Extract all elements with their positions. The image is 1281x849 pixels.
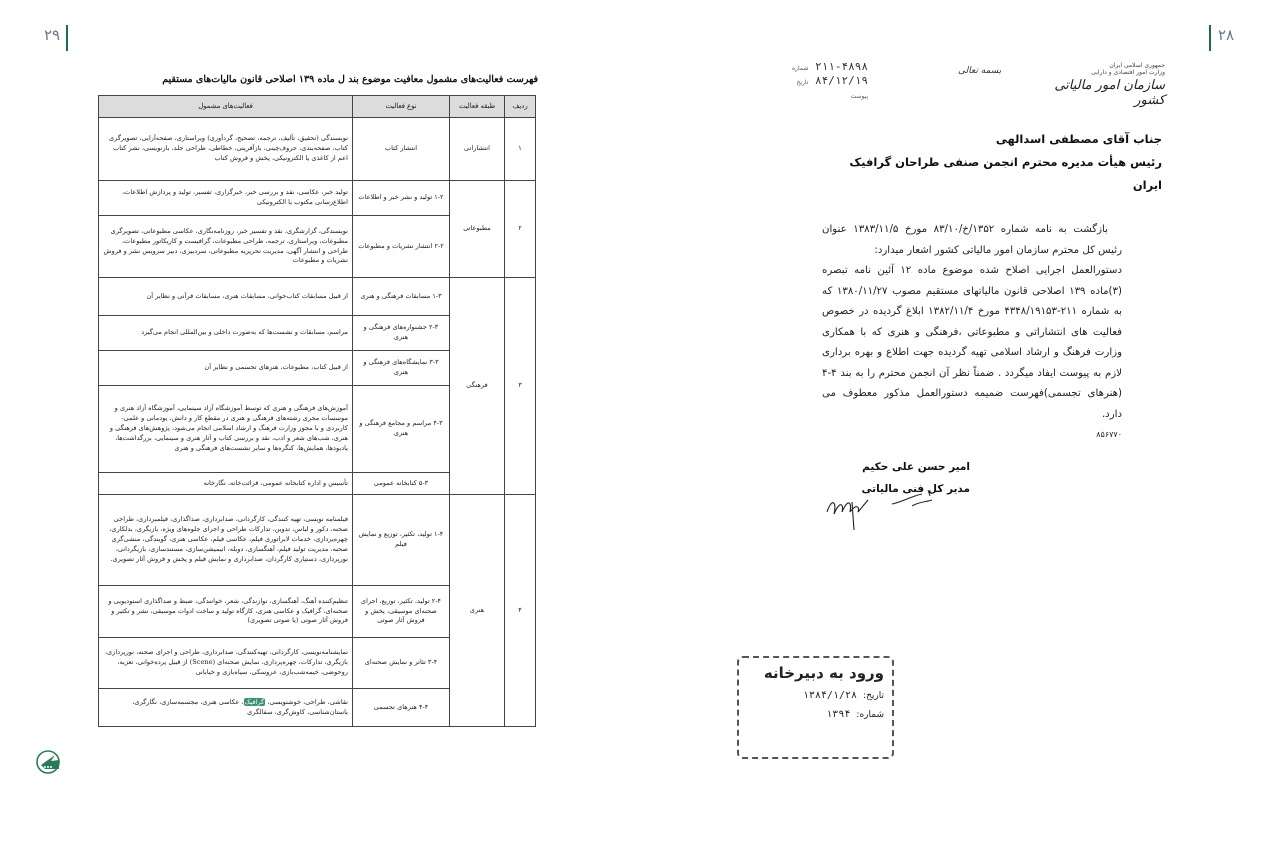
signatory-name: امیر حسن علی حکیم <box>820 456 970 478</box>
association-logo-icon <box>35 749 63 775</box>
row-index: ۳ <box>505 278 536 495</box>
row-type: ۵-۳ کتابخانه عمومی <box>353 473 450 495</box>
row-desc: فیلمنامه نویسی، تهیه کنندگی، کارگردانی، … <box>99 495 353 586</box>
table-header-row: ردیف طبقه فعالیت نوع فعالیت فعالیت‌های م… <box>99 96 536 118</box>
activities-table: ردیف طبقه فعالیت نوع فعالیت فعالیت‌های م… <box>98 95 536 727</box>
stamp-number-value: ۱۳۹۴ <box>826 709 850 720</box>
row-type: ۲-۴ تولید، تکثیر، توزیع، اجرای صحنه‌ای م… <box>353 586 450 638</box>
col-header-class: طبقه فعالیت <box>450 96 505 118</box>
page-number-bar-right <box>1209 25 1211 51</box>
handwritten-signature-icon <box>822 482 952 532</box>
row-desc: نویسندگی (تحقیق، تألیف، ترجمه، تصحیح، گر… <box>99 118 353 181</box>
table-title: فهرست فعالیت‌های مشمول معافیت موضوع بند … <box>98 74 538 85</box>
letterhead-bismillah: بسمه تعالی <box>958 66 1001 76</box>
table-row: ۳ فرهنگی ۱-۳ مسابقات فرهنگی و هنری از قب… <box>99 278 536 316</box>
row-desc: مراسم، مسابقات و نشست‌ها که به‌صورت داخل… <box>99 316 353 351</box>
letterhead-line2: وزارت امور اقتصادی و دارایی <box>1040 69 1165 76</box>
row-type: ۱-۴ تولید، تکثیر، توزیع و نمایش فیلم <box>353 495 450 586</box>
table-row: ۴ هنری ۱-۴ تولید، تکثیر، توزیع و نمایش ف… <box>99 495 536 586</box>
row-desc: تولید خبر، عکاسی، نقد و بررسی خبر، خبرگز… <box>99 181 353 216</box>
row-class: فرهنگی <box>450 278 505 495</box>
row-class: هنری <box>450 495 505 727</box>
col-header-activities: فعالیت‌های مشمول <box>99 96 353 118</box>
row-type: ۴-۳ مراسم و مجامع فرهنگی و هنری <box>353 386 450 473</box>
stamp-date-value: ۱۳۸۴/۱/۲۸ <box>803 690 857 701</box>
row-type: ۱-۲ تولید و نشر خبر و اطلاعات <box>353 181 450 216</box>
stamp-date-label: تاریخ: <box>863 691 884 701</box>
row-index: ۱ <box>505 118 536 181</box>
row-desc: از قبیل مسابقات کتاب‌خوانی، مسابقات هنری… <box>99 278 353 316</box>
row-desc: نقاشی، طراحی، خوشنویسی، گرافیک، عکاسی هن… <box>99 689 353 727</box>
ref-number-value: ۲۱۱-۴۸۹۸ <box>815 60 868 73</box>
row-desc: تنظیم‌کننده آهنگ، آهنگسازی، نوازندگی، شع… <box>99 586 353 638</box>
letter-recipient: جناب آقای مصطفی اسدالهی رئیس هیأت مدیره … <box>820 128 1162 197</box>
col-header-index: ردیف <box>505 96 536 118</box>
col-header-type: نوع فعالیت <box>353 96 450 118</box>
highlighted-term-graphic: گرافیک <box>244 698 266 706</box>
row-desc: نمایشنامه‌نویسی، کارگردانی، تهیه‌کنندگی،… <box>99 638 353 689</box>
letterhead-reference: ۲۱۱-۴۸۹۸ شماره ۸۴/۱۲/۱۹ تاریخ پیوست <box>758 60 868 101</box>
page-number-right: ۲۸ <box>1218 26 1234 44</box>
row-type: ۳-۴ تئاتر و نمایش صحنه‌ای <box>353 638 450 689</box>
row-type: ۲-۳ جشنواره‌های فرهنگی و هنری <box>353 316 450 351</box>
letter-body: بازگشت به نامه شماره ۱۳۵۲/خ/۸۳/۱۰ مورخ ۱… <box>822 220 1122 446</box>
row-class: مطبوعاتی <box>450 181 505 278</box>
row-desc: آموزش‌های فرهنگی و هنری که توسط آموزشگاه… <box>99 386 353 473</box>
row-desc: نویسندگی، گزارشگری، نقد و تفسیر خبر، روز… <box>99 216 353 278</box>
ref-number-label: شماره <box>792 65 808 72</box>
page-number-bar-left <box>66 25 68 51</box>
desc-before: نقاشی، طراحی، خوشنویسی، <box>265 698 348 706</box>
page-number-left: ۲۹ <box>44 26 60 44</box>
letterhead-org: جمهوری اسلامی ایران وزارت امور اقتصادی و… <box>1040 62 1165 108</box>
recipient-line: ایران <box>820 174 1162 197</box>
letter-handwritten-note: ۸۵۶۷۷۰ <box>822 425 1122 446</box>
letter-paragraph: بازگشت به نامه شماره ۱۳۵۲/خ/۸۳/۱۰ مورخ ۱… <box>822 220 1122 261</box>
letterhead-org-name: سازمان امور مالیاتی کشور <box>1040 78 1165 108</box>
row-type: ۱-۳ مسابقات فرهنگی و هنری <box>353 278 450 316</box>
letterhead-line1: جمهوری اسلامی ایران <box>1040 62 1165 69</box>
table-row: ۲ مطبوعاتی ۱-۲ تولید و نشر خبر و اطلاعات… <box>99 181 536 216</box>
ref-attachment-label: پیوست <box>851 93 869 100</box>
row-type: ۲-۲ انتشار نشریات و مطبوعات <box>353 216 450 278</box>
row-type: ۳-۳ نمایشگاه‌های فرهنگی و هنری <box>353 351 450 386</box>
row-type: انتشار کتاب <box>353 118 450 181</box>
secretariat-entry-stamp: ورود به دبیرخانه تاریخ: ۱۳۸۴/۱/۲۸ شماره:… <box>737 656 894 759</box>
row-index: ۴ <box>505 495 536 727</box>
row-type: ۴-۴ هنرهای تجسمی <box>353 689 450 727</box>
row-desc: تأسیس و اداره کتابخانه عمومی، قرائت‌خانه… <box>99 473 353 495</box>
stamp-number-label: شماره: <box>856 710 884 720</box>
row-index: ۲ <box>505 181 536 278</box>
recipient-line: رئیس هیأت مدیره محترم انجمن صنفی طراحان … <box>820 151 1162 174</box>
row-class: انتشاراتی <box>450 118 505 181</box>
letter-paragraph: دستورالعمل اجرایی اصلاح شده موضوع ماده ۱… <box>822 261 1122 425</box>
recipient-line: جناب آقای مصطفی اسدالهی <box>820 128 1162 151</box>
ref-date-label: تاریخ <box>796 79 808 86</box>
table-row: ۱ انتشاراتی انتشار کتاب نویسندگی (تحقیق،… <box>99 118 536 181</box>
ref-date-value: ۸۴/۱۲/۱۹ <box>815 74 868 87</box>
row-desc: از قبیل کتاب، مطبوعات، هنرهای تجسمی و نظ… <box>99 351 353 386</box>
stamp-title: ورود به دبیرخانه <box>747 664 884 682</box>
